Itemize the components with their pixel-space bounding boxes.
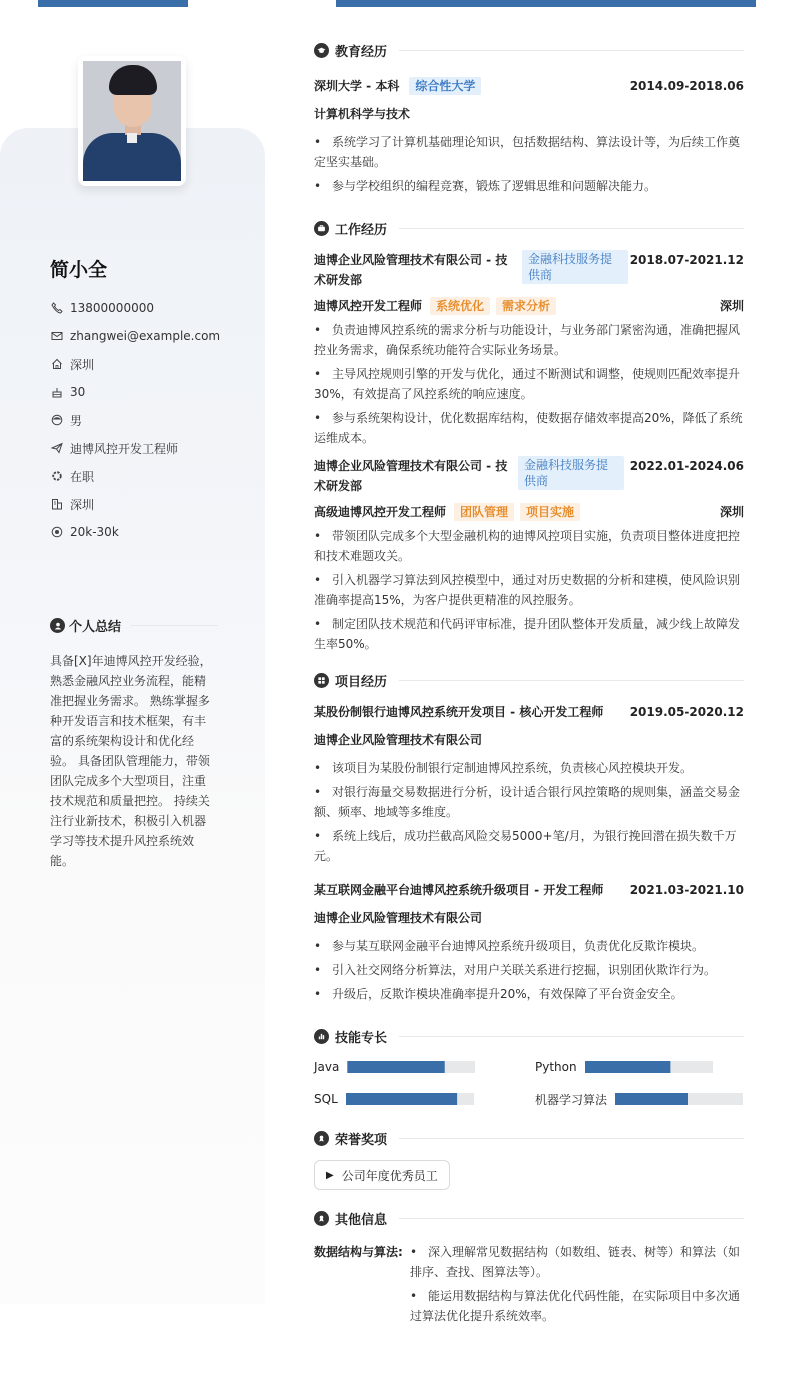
- summary-title: 个人总结: [69, 616, 121, 635]
- projects-section-header: 项目经历: [314, 668, 744, 692]
- divider: [399, 228, 744, 229]
- list-item: •升级后，反欺诈模块准确率提升20%，有效保障了平台资金安全。: [314, 984, 744, 1004]
- skill-tag: 系统优化: [430, 297, 490, 315]
- skills-list: Java Python SQL 机器学习算法: [314, 1058, 744, 1108]
- skill-item: Python: [535, 1058, 744, 1076]
- list-item: •对银行海量交易数据进行分析，设计适合银行风控策略的规则集，涵盖交易金额、频率、…: [314, 782, 744, 822]
- divider: [399, 50, 744, 51]
- list-item: •引入社交网络分析算法，对用户关联关系进行挖掘，识别团伙欺诈行为。: [314, 960, 744, 980]
- list-item: •带领团队完成多个大型金融机构的迪博风控项目实施，负责项目整体进度把控和技术难题…: [314, 526, 744, 566]
- info-phone: 13800000000: [50, 294, 220, 322]
- job-role: 迪博风控开发工程师: [314, 299, 422, 313]
- send-icon: [50, 442, 63, 455]
- list-item: •该项目为某股份制银行定制迪博风控系统，负责核心风控模块开发。: [314, 758, 744, 778]
- work-date: 2022.01-2024.06: [630, 456, 744, 476]
- play-triangle-icon: ▶: [326, 1170, 334, 1181]
- bar-chart-icon: [314, 1029, 329, 1044]
- project-name: 某互联网金融平台迪博风控系统升级项目 - 开发工程师: [314, 880, 603, 900]
- divider: [399, 1218, 744, 1219]
- salary-icon: [50, 526, 63, 539]
- divider: [399, 1036, 744, 1037]
- main-content: 教育经历 深圳大学 - 本科综合性大学 2014.09-2018.06 计算机科…: [314, 38, 744, 1330]
- profile-photo: [83, 61, 181, 181]
- list-item: •参与系统架构设计，优化数据库结构，使数据存储效率提高20%，降低了系统运维成本…: [314, 408, 744, 448]
- divider: [131, 625, 218, 626]
- divider: [399, 680, 744, 681]
- list-item: •系统上线后，成功拦截高风险交易5000+笔/月，为银行挽回潜在损失数千万元。: [314, 826, 744, 866]
- school-name: 深圳大学 - 本科: [314, 79, 399, 93]
- project-company: 迪博企业风险管理技术有限公司: [314, 730, 744, 750]
- phone-icon: [50, 302, 63, 315]
- other-info-entry: 数据结构与算法: •深入理解常见数据结构（如数组、链表、树等）和算法（如排序、查…: [314, 1242, 744, 1330]
- project-entry: 某互联网金融平台迪博风控系统升级项目 - 开发工程师 2021.03-2021.…: [314, 880, 744, 1004]
- skill-tag: 项目实施: [520, 503, 580, 521]
- building-icon: [50, 498, 63, 511]
- cake-icon: [50, 386, 63, 399]
- info-location: 深圳: [50, 350, 220, 378]
- school-type-tag: 综合性大学: [409, 77, 481, 95]
- status-icon: [50, 470, 63, 483]
- info-work-city: 深圳: [50, 490, 220, 518]
- candidate-name: 简小全: [50, 255, 107, 282]
- grid-icon: [314, 673, 329, 688]
- info-age: 30: [50, 378, 220, 406]
- list-item: •主导风控规则引擎的开发与优化，通过不断测试和调整，使规则匹配效率提升30%，有…: [314, 364, 744, 404]
- other-section-header: 其他信息: [314, 1206, 744, 1230]
- award-item[interactable]: ▶ 公司年度优秀员工: [314, 1160, 450, 1190]
- divider: [399, 1138, 744, 1139]
- home-icon: [50, 358, 63, 371]
- mail-icon: [50, 330, 63, 343]
- awards-section-header: 荣誉奖项: [314, 1126, 744, 1150]
- user-circle-icon: [50, 618, 65, 633]
- info-status: 在职: [50, 462, 220, 490]
- top-accent-bar-right: [336, 0, 756, 7]
- project-name: 某股份制银行迪博风控系统开发项目 - 核心开发工程师: [314, 702, 603, 722]
- education-section-header: 教育经历: [314, 38, 744, 62]
- award-icon: [314, 1211, 329, 1226]
- skill-bar: [585, 1061, 713, 1073]
- gender-icon: [50, 414, 63, 427]
- education-entry: 深圳大学 - 本科综合性大学 2014.09-2018.06 计算机科学与技术 …: [314, 76, 744, 196]
- skill-bar: [347, 1061, 475, 1073]
- project-date: 2019.05-2020.12: [630, 702, 744, 722]
- project-date: 2021.03-2021.10: [630, 880, 744, 900]
- list-item: •制定团队技术规范和代码评审标准，提升团队整体开发质量，减少线上故障发生率50%…: [314, 614, 744, 654]
- industry-tag: 金融科技服务提供商: [522, 250, 628, 284]
- list-item: •负责迪博风控系统的需求分析与功能设计，与业务部门紧密沟通，准确把握风控业务需求…: [314, 320, 744, 360]
- award-icon: [314, 1131, 329, 1146]
- work-city: 深圳: [720, 502, 744, 522]
- skill-bar: [346, 1093, 474, 1105]
- other-info-label: 数据结构与算法:: [314, 1242, 410, 1330]
- work-date: 2018.07-2021.12: [630, 250, 744, 270]
- contact-info-list: 13800000000 zhangwei@example.com 深圳 30 男…: [50, 294, 220, 546]
- work-section-header: 工作经历: [314, 216, 744, 240]
- major: 计算机科学与技术: [314, 104, 744, 124]
- work-city: 深圳: [720, 296, 744, 316]
- skill-bar: [615, 1093, 743, 1105]
- project-company: 迪博企业风险管理技术有限公司: [314, 908, 744, 928]
- info-job-target: 迪博风控开发工程师: [50, 434, 220, 462]
- industry-tag: 金融科技服务提供商: [518, 456, 624, 490]
- company-name: 迪博企业风险管理技术有限公司 - 技术研发部: [314, 456, 514, 496]
- list-item: •深入理解常见数据结构（如数组、链表、树等）和算法（如排序、查找、图算法等）。: [410, 1242, 744, 1282]
- info-gender: 男: [50, 406, 220, 434]
- project-entry: 某股份制银行迪博风控系统开发项目 - 核心开发工程师 2019.05-2020.…: [314, 702, 744, 866]
- skill-item: 机器学习算法: [535, 1090, 744, 1108]
- summary-section-header: 个人总结: [50, 616, 218, 635]
- company-name: 迪博企业风险管理技术有限公司 - 技术研发部: [314, 250, 514, 290]
- skill-item: Java: [314, 1058, 535, 1076]
- list-item: •能运用数据结构与算法优化代码性能，在实际项目中多次通过算法优化提升系统效率。: [410, 1286, 744, 1326]
- list-item: •引入机器学习算法到风控模型中，通过对历史数据的分析和建模，使风险识别准确率提高…: [314, 570, 744, 610]
- skills-section-header: 技能专长: [314, 1024, 744, 1048]
- job-role: 高级迪博风控开发工程师: [314, 505, 446, 519]
- info-salary: 20k-30k: [50, 518, 220, 546]
- summary-text: 具备[X]年迪博风控开发经验，熟悉金融风控业务流程，能精准把握业务需求。 熟练掌…: [50, 651, 215, 871]
- list-item: •参与某互联网金融平台迪博风控系统升级项目，负责优化反欺诈模块。: [314, 936, 744, 956]
- list-item: •系统学习了计算机基础理论知识，包括数据结构、算法设计等，为后续工作奠定坚实基础…: [314, 132, 744, 172]
- skill-tag: 团队管理: [454, 503, 514, 521]
- graduation-cap-icon: [314, 43, 329, 58]
- education-date: 2014.09-2018.06: [630, 76, 744, 96]
- list-item: •参与学校组织的编程竞赛，锻炼了逻辑思维和问题解决能力。: [314, 176, 744, 196]
- top-accent-bar-left: [38, 0, 188, 7]
- briefcase-icon: [314, 221, 329, 236]
- work-entry: 迪博企业风险管理技术有限公司 - 技术研发部 金融科技服务提供商 2022.01…: [314, 456, 744, 654]
- skill-item: SQL: [314, 1090, 535, 1108]
- work-entry: 迪博企业风险管理技术有限公司 - 技术研发部 金融科技服务提供商 2018.07…: [314, 250, 744, 448]
- avatar: [78, 56, 186, 186]
- info-email: zhangwei@example.com: [50, 322, 220, 350]
- skill-tag: 需求分析: [496, 297, 556, 315]
